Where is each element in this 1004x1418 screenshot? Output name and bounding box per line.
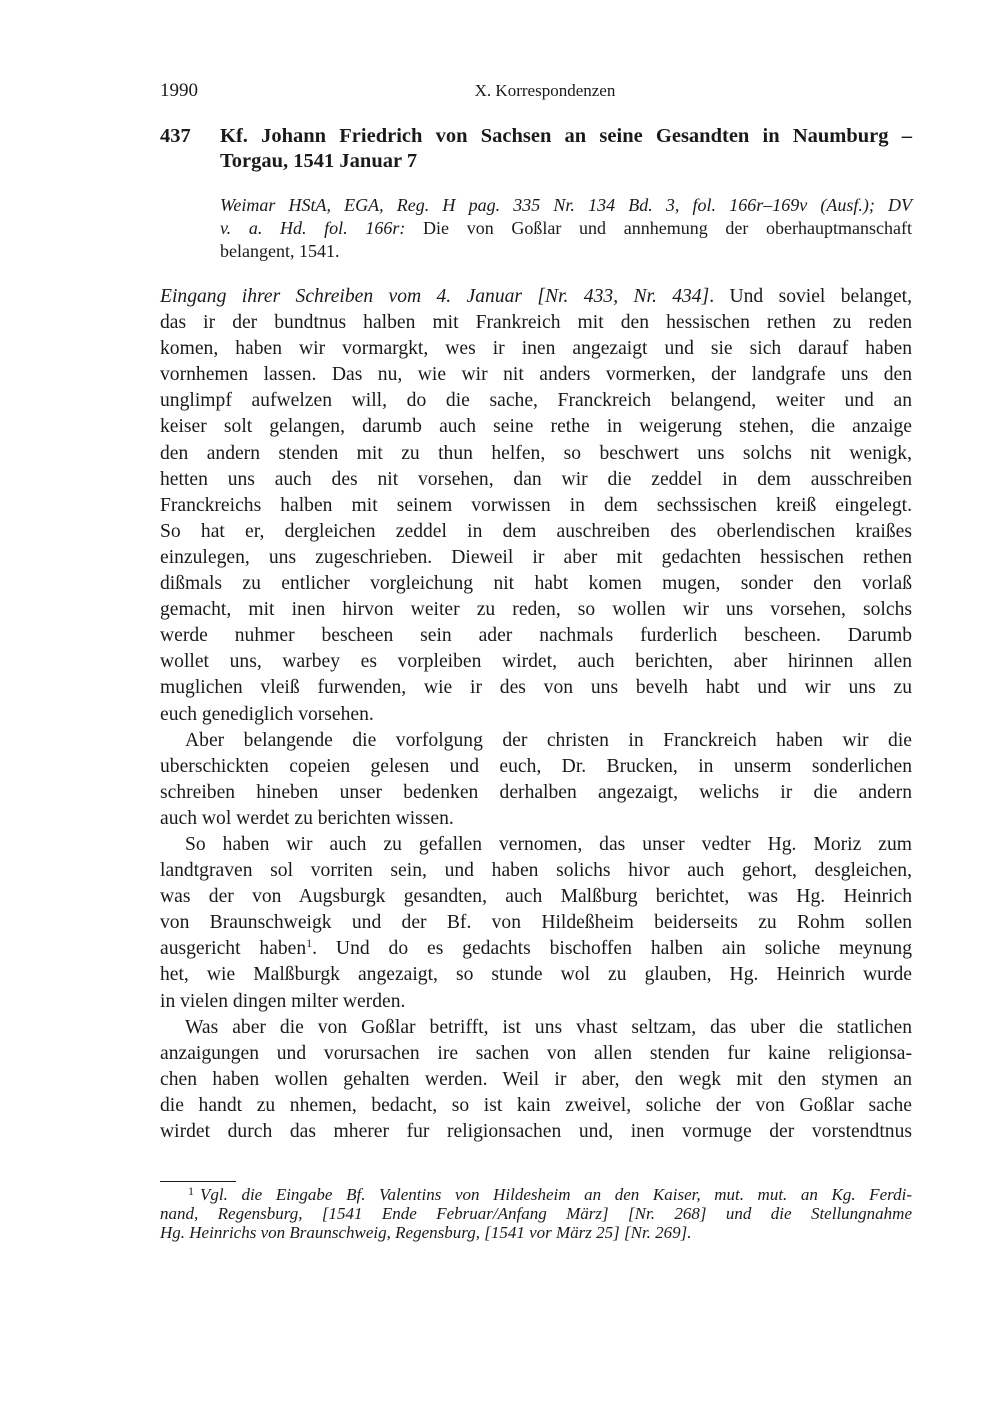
body-text-span: . Und do es gedachts bischoffen halben a…	[312, 938, 912, 959]
body-line: dißmals zu entlicher vorgleichung nit ha…	[160, 571, 912, 597]
footnote-line: nand, Regensburg, [1541 Ende Februar/Anf…	[160, 1204, 912, 1223]
source-line: belangent, 1541.	[220, 240, 912, 263]
document-title-line: Torgau, 1541 Januar 7	[220, 149, 912, 174]
body-line: den andern stenden mit zu thun helfen, s…	[160, 441, 912, 467]
body-line: muglichen vleiß furwenden, wie ir des vo…	[160, 675, 912, 701]
body-line: unglimpf aufwelzen will, do die sache, F…	[160, 388, 912, 414]
section-title: X. Korrespondenzen	[160, 81, 910, 101]
body-line: keiser solt gelangen, darumb auch seine …	[160, 414, 912, 440]
source-line: Weimar HStA, EGA, Reg. H pag. 335 Nr. 13…	[220, 194, 912, 217]
body-line: komen, haben wir vormargkt, wes ir inen …	[160, 336, 912, 362]
footnote-text: Vgl. die Eingabe Bf. Valentins von Hilde…	[200, 1185, 912, 1204]
body-line: chen haben wollen gehalten werden. Weil …	[160, 1067, 912, 1093]
body-line: schreiben hineben unser bedenken derhalb…	[160, 780, 912, 806]
body-line: in vielen dingen milter werden.	[160, 989, 912, 1015]
footnote-mark: 1	[160, 1184, 200, 1198]
body-line: So hat er, dergleichen zeddel in dem aus…	[160, 519, 912, 545]
body-line: die handt zu nhemen, bedacht, so ist kai…	[160, 1093, 912, 1119]
document-title: Kf. Johann Friedrich von Sachsen an sein…	[220, 124, 912, 174]
body-line: wollet uns, warbey es vorpleiben wirdet,…	[160, 649, 912, 675]
body-line: das ir der bundtnus halben mit Frankreic…	[160, 310, 912, 336]
footnote-1: 1Vgl. die Eingabe Bf. Valentins von Hild…	[160, 1185, 912, 1242]
body-line: vornhemen lassen. Das nu, wie wir nit an…	[160, 362, 912, 388]
document-title-line: Kf. Johann Friedrich von Sachsen an sein…	[220, 124, 912, 149]
footnote-line: 1Vgl. die Eingabe Bf. Valentins von Hild…	[160, 1185, 912, 1204]
body-line: Franckreichs halben mit seinem vorwissen…	[160, 493, 912, 519]
body-line: So haben wir auch zu gefallen vernomen, …	[160, 832, 912, 858]
body-line: was der von Augsburgk gesandten, auch Ma…	[160, 884, 912, 910]
body-line: euch genediglich vorsehen.	[160, 702, 912, 728]
body-line: het, wie Malßburgk angezaigt, so stunde …	[160, 962, 912, 988]
body-line: von Braunschweigk und der Bf. von Hildeß…	[160, 910, 912, 936]
body-text-span: ausgericht haben	[160, 938, 306, 959]
body-line: Was aber die von Goßlar betrifft, ist un…	[160, 1015, 912, 1041]
body-line: einzulegen, uns zugeschrieben. Dieweil i…	[160, 545, 912, 571]
body-line: uberschickten copeien gelesen und euch, …	[160, 754, 912, 780]
source-archive-ref: v. a. Hd. fol. 166r:	[220, 218, 405, 238]
body-text: Eingang ihrer Schreiben vom 4. Januar [N…	[160, 284, 912, 1145]
body-text-span: . Und soviel belanget,	[709, 286, 912, 307]
body-line: wirdet durch das mherer fur religionsach…	[160, 1119, 912, 1145]
document-number: 437	[160, 124, 191, 149]
source-docket: Die von Goßlar und annhemung der oberhau…	[405, 218, 912, 238]
page: 1990 X. Korrespondenzen 437 Kf. Johann F…	[0, 0, 1004, 1418]
running-header: 1990 X. Korrespondenzen	[160, 80, 910, 106]
body-line: Eingang ihrer Schreiben vom 4. Januar [N…	[160, 284, 912, 310]
body-line: ausgericht haben1. Und do es gedachts bi…	[160, 936, 912, 962]
body-line: gemacht, mit inen hirvon weiter zu reden…	[160, 597, 912, 623]
body-line: Aber belangende die vorfolgung der chris…	[160, 728, 912, 754]
footnote-line: Hg. Heinrichs von Braunschweig, Regensbu…	[160, 1223, 912, 1242]
source-line: v. a. Hd. fol. 166r: Die von Goßlar und …	[220, 217, 912, 240]
body-line: werde nuhmer bescheen sein ader nachmals…	[160, 623, 912, 649]
footnote-divider	[160, 1181, 236, 1182]
source-note: Weimar HStA, EGA, Reg. H pag. 335 Nr. 13…	[220, 194, 912, 263]
body-line: landtgraven sol vorriten sein, und haben…	[160, 858, 912, 884]
body-line: hetten uns auch des nit vorsehen, dan wi…	[160, 467, 912, 493]
body-line: anzaigungen und vorursachen ire sachen v…	[160, 1041, 912, 1067]
editorial-summary: Eingang ihrer Schreiben vom 4. Januar [N…	[160, 286, 709, 307]
body-line: auch wol werdet zu berichten wissen.	[160, 806, 912, 832]
